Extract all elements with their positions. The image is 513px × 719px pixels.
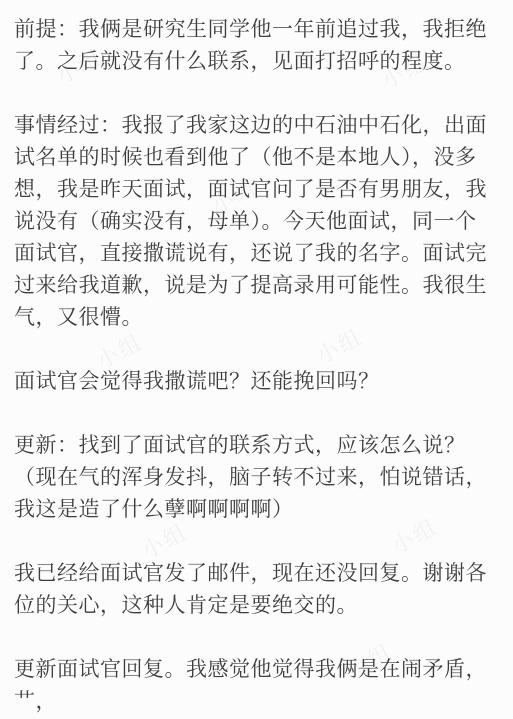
post-paragraph-email-status: 我已经给面试官发了邮件，现在还没回复。谢谢各 位的关心，这种人肯定是要绝交的。 xyxy=(14,558,499,622)
post-body: 前提：我俩是研究生同学他一年前追过我，我拒绝 了。之后就没有什么联系，见面打招呼… xyxy=(0,0,513,718)
post-screenshot: 小组 小组 小组 小组 小组 小组 小组 小组 前提：我俩是研究生同学他一年前追… xyxy=(0,0,513,719)
post-paragraph-update-2: 更新面试官回复。我感觉他觉得我俩是在闹矛盾， 艹， xyxy=(14,654,499,718)
post-paragraph-story: 事情经过：我报了我家这边的中石油中石化，出面 试名单的时候也看到他了（他不是本地… xyxy=(14,110,499,334)
post-paragraph-premise: 前提：我俩是研究生同学他一年前追过我，我拒绝 了。之后就没有什么联系，见面打招呼… xyxy=(14,14,499,78)
post-paragraph-update-1: 更新：找到了面试官的联系方式，应该怎么说？ （现在气的浑身发抖，脑子转不过来，怕… xyxy=(14,430,499,526)
post-paragraph-question: 面试官会觉得我撒谎吧？还能挽回吗？ xyxy=(14,366,499,398)
